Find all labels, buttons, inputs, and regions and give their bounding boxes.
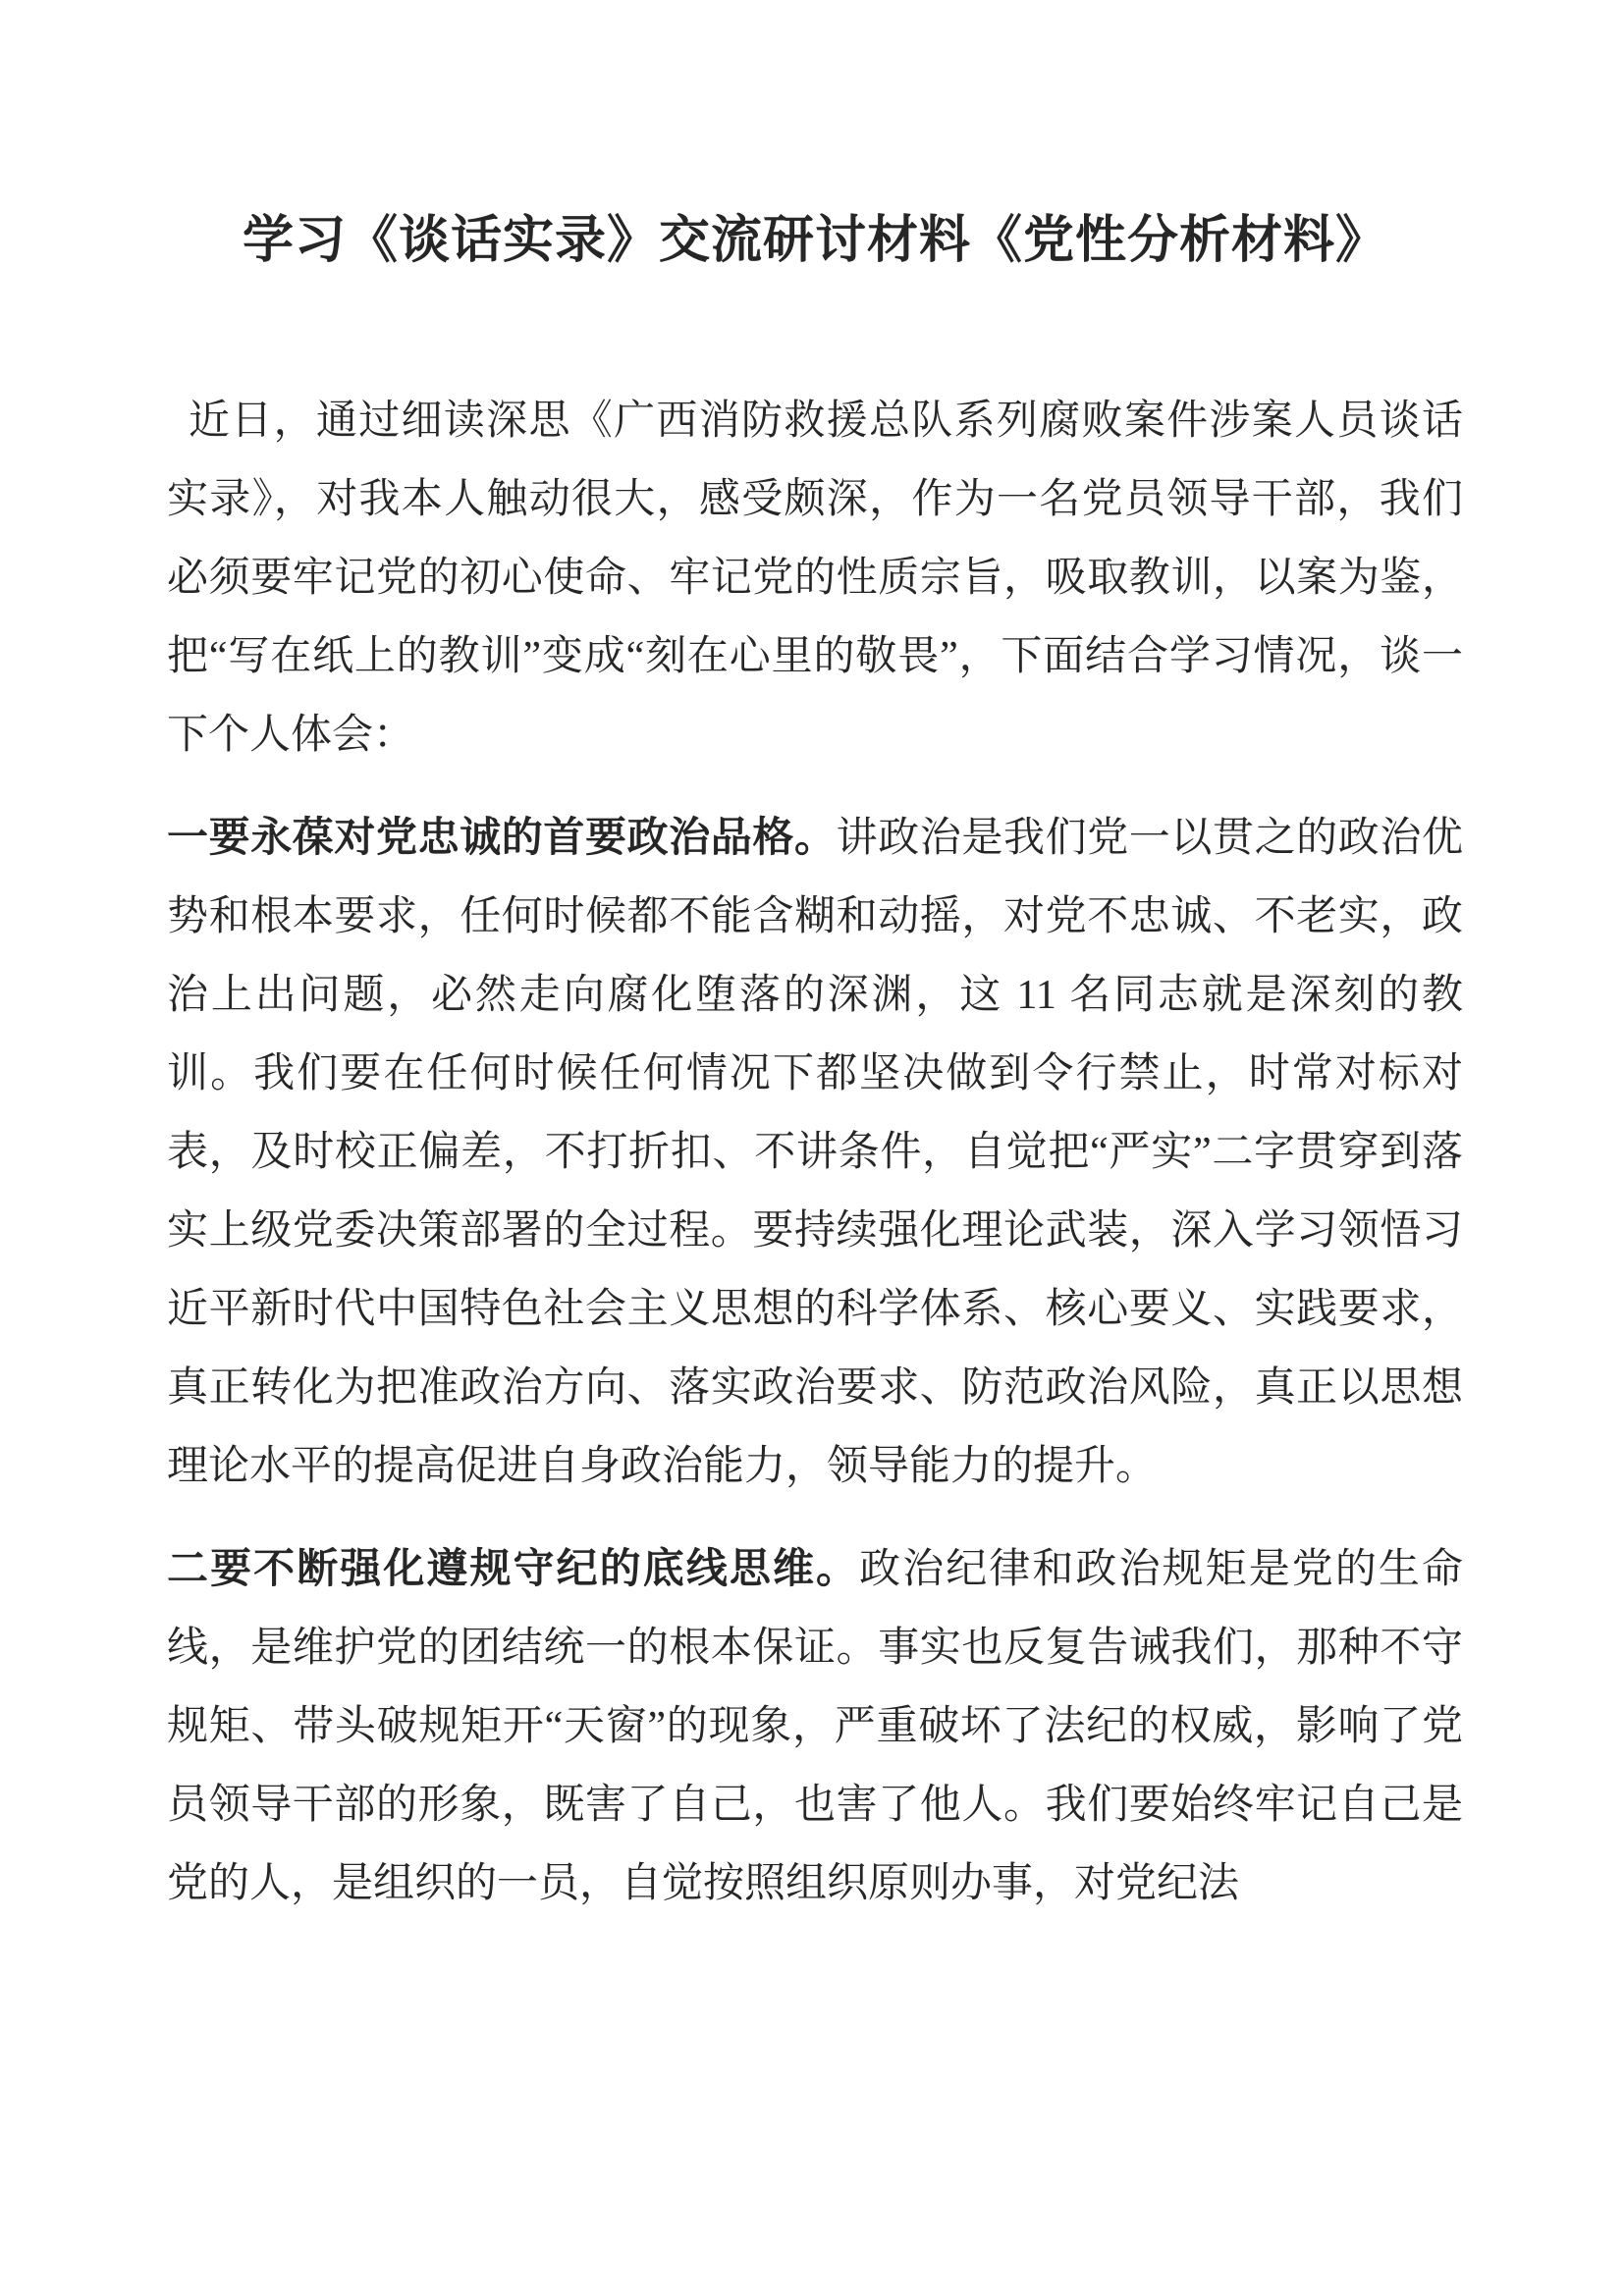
document-title: 学习《谈话实录》交流研讨材料《党性分析材料》 [167, 211, 1463, 272]
paragraph-point-two-lead: 二要不断强化遵规守纪的底线思维。 [167, 1547, 859, 1592]
paragraph-point-one: 一要永葆对党忠诚的首要政治品格。讲政治是我们党一以贯之的政治优势和根本要求，任何… [167, 799, 1463, 1506]
paragraph-point-two-text: 政治纪律和政治规矩是党的生命线，是维护党的团结统一的根本保证。事实也反复告诫我们… [167, 1547, 1463, 1906]
paragraph-point-two: 二要不断强化遵规守纪的底线思维。政治纪律和政治规矩是党的生命线，是维护党的团结统… [167, 1530, 1463, 1923]
paragraph-point-one-lead: 一要永葆对党忠诚的首要政治品格。 [167, 816, 837, 861]
document-content: 学习《谈话实录》交流研讨材料《党性分析材料》 近日，通过细读深思《广西消防救援总… [0, 0, 1624, 1923]
paragraph-intro: 近日，通过细读深思《广西消防救援总队系列腐败案件涉案人员谈话实录》，对我本人触动… [167, 382, 1463, 774]
paragraph-point-one-text: 讲政治是我们党一以贯之的政治优势和根本要求，任何时候都不能含糊和动摇，对党不忠诚… [167, 816, 1463, 1489]
paragraph-intro-text: 近日，通过细读深思《广西消防救援总队系列腐败案件涉案人员谈话实录》，对我本人触动… [167, 399, 1463, 758]
document-page: 学习《谈话实录》交流研讨材料《党性分析材料》 近日，通过细读深思《广西消防救援总… [0, 0, 1624, 2296]
